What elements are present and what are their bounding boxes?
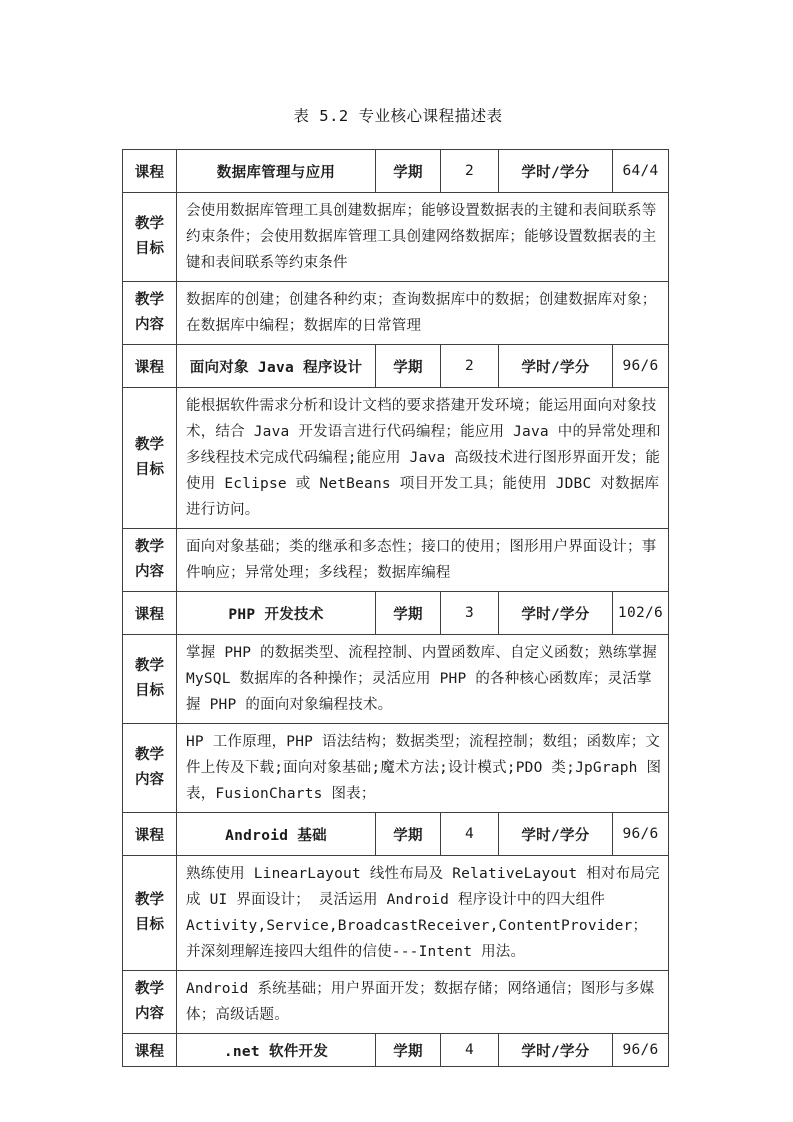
teaching-goal-label: 教学目标 <box>123 856 177 971</box>
semester-value: 4 <box>441 1034 499 1067</box>
course-name: 数据库管理与应用 <box>177 150 376 193</box>
teaching-goal-label: 教学目标 <box>123 193 177 282</box>
table-caption: 表 5.2 专业核心课程描述表 <box>118 0 678 126</box>
course-name: PHP 开发技术 <box>177 592 376 635</box>
hours-credits-label: 学时/学分 <box>499 592 613 635</box>
hours-credits-value: 96/6 <box>613 1034 669 1067</box>
teaching-content-row: 教学内容 Android 系统基础；用户界面开发；数据存储；网络通信；图形与多媒… <box>123 971 669 1034</box>
hours-credits-label: 学时/学分 <box>499 150 613 193</box>
semester-label: 学期 <box>376 592 441 635</box>
teaching-goal-label: 教学目标 <box>123 388 177 529</box>
teaching-content-text: 面向对象基础；类的继承和多态性；接口的使用；图形用户界面设计；事件响应；异常处理… <box>177 529 669 592</box>
course-header-row: 课程 数据库管理与应用 学期 2 学时/学分 64/4 <box>123 150 669 193</box>
hours-credits-value: 96/6 <box>613 813 669 856</box>
course-header-row: 课程 .net 软件开发 学期 4 学时/学分 96/6 <box>123 1034 669 1067</box>
teaching-content-label: 教学内容 <box>123 529 177 592</box>
teaching-goal-text: 会使用数据库管理工具创建数据库；能够设置数据表的主键和表间联系等约束条件；会使用… <box>177 193 669 282</box>
teaching-content-label: 教学内容 <box>123 724 177 813</box>
hours-credits-label: 学时/学分 <box>499 1034 613 1067</box>
course-header-row: 课程 PHP 开发技术 学期 3 学时/学分 102/6 <box>123 592 669 635</box>
teaching-goal-row: 教学目标 掌握 PHP 的数据类型、流程控制、内置函数库、自定义函数；熟练掌握 … <box>123 635 669 724</box>
semester-value: 2 <box>441 345 499 388</box>
semester-value: 3 <box>441 592 499 635</box>
course-name: Android 基础 <box>177 813 376 856</box>
hours-credits-value: 102/6 <box>613 592 669 635</box>
document-page: 表 5.2 专业核心课程描述表 课程 数据库管理与应用 学期 2 学时/学分 6… <box>0 0 793 1122</box>
teaching-goal-row: 教学目标 能根据软件需求分析和设计文档的要求搭建开发环境；能运用面向对象技术，结… <box>123 388 669 529</box>
teaching-content-label: 教学内容 <box>123 282 177 345</box>
teaching-content-row: 教学内容 HP 工作原理，PHP 语法结构；数据类型；流程控制；数组；函数库；文… <box>123 724 669 813</box>
teaching-goal-row: 教学目标 熟练使用 LinearLayout 线性布局及 RelativeLay… <box>123 856 669 971</box>
course-label: 课程 <box>123 345 177 388</box>
course-header-row: 课程 面向对象 Java 程序设计 学期 2 学时/学分 96/6 <box>123 345 669 388</box>
semester-value: 2 <box>441 150 499 193</box>
teaching-goal-row: 教学目标 会使用数据库管理工具创建数据库；能够设置数据表的主键和表间联系等约束条… <box>123 193 669 282</box>
semester-value: 4 <box>441 813 499 856</box>
teaching-content-row: 教学内容 面向对象基础；类的继承和多态性；接口的使用；图形用户界面设计；事件响应… <box>123 529 669 592</box>
semester-label: 学期 <box>376 345 441 388</box>
core-course-table: 课程 数据库管理与应用 学期 2 学时/学分 64/4 教学目标 会使用数据库管… <box>122 149 669 1067</box>
teaching-goal-text: 能根据软件需求分析和设计文档的要求搭建开发环境；能运用面向对象技术，结合 Jav… <box>177 388 669 529</box>
course-label: 课程 <box>123 150 177 193</box>
course-label: 课程 <box>123 592 177 635</box>
course-name: 面向对象 Java 程序设计 <box>177 345 376 388</box>
hours-credits-label: 学时/学分 <box>499 345 613 388</box>
hours-credits-value: 96/6 <box>613 345 669 388</box>
teaching-goal-label: 教学目标 <box>123 635 177 724</box>
teaching-content-row: 教学内容 数据库的创建；创建各种约束；查询数据库中的数据；创建数据库对象；在数据… <box>123 282 669 345</box>
semester-label: 学期 <box>376 1034 441 1067</box>
teaching-content-text: HP 工作原理，PHP 语法结构；数据类型；流程控制；数组；函数库；文件上传及下… <box>177 724 669 813</box>
course-label: 课程 <box>123 813 177 856</box>
teaching-goal-text: 熟练使用 LinearLayout 线性布局及 RelativeLayout 相… <box>177 856 669 971</box>
teaching-content-label: 教学内容 <box>123 971 177 1034</box>
semester-label: 学期 <box>376 150 441 193</box>
course-label: 课程 <box>123 1034 177 1067</box>
semester-label: 学期 <box>376 813 441 856</box>
teaching-goal-text: 掌握 PHP 的数据类型、流程控制、内置函数库、自定义函数；熟练掌握 MySQL… <box>177 635 669 724</box>
teaching-content-text: 数据库的创建；创建各种约束；查询数据库中的数据；创建数据库对象；在数据库中编程；… <box>177 282 669 345</box>
course-header-row: 课程 Android 基础 学期 4 学时/学分 96/6 <box>123 813 669 856</box>
course-name: .net 软件开发 <box>177 1034 376 1067</box>
hours-credits-value: 64/4 <box>613 150 669 193</box>
hours-credits-label: 学时/学分 <box>499 813 613 856</box>
teaching-content-text: Android 系统基础；用户界面开发；数据存储；网络通信；图形与多媒体；高级话… <box>177 971 669 1034</box>
